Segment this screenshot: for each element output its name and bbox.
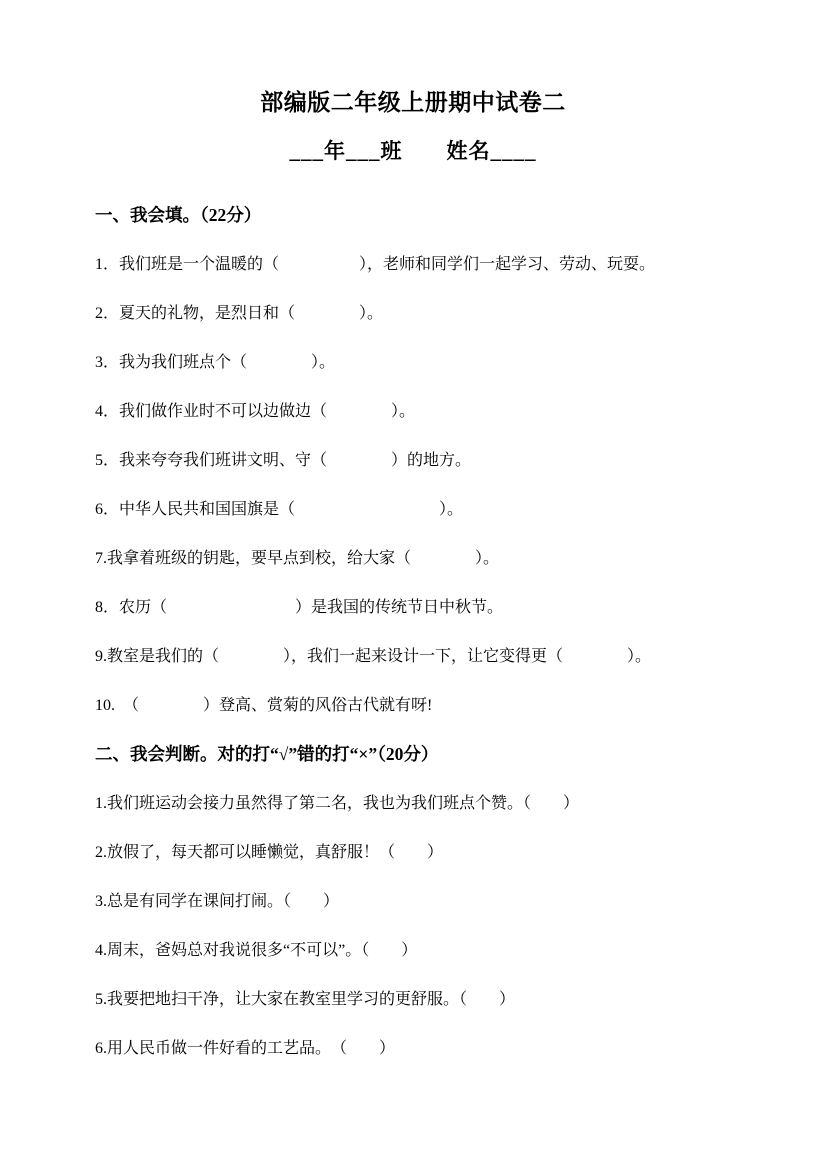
name-class-line: ___年___班 姓名____ [0, 139, 826, 164]
question-item: 3.总是有同学在课间打闹。（ ） [95, 891, 766, 913]
section-heading: 二、我会判断。对的打“√”错的打“×”（20分） [95, 743, 766, 766]
section-fill-in-blanks: 一、我会填。（22分） 1．我们班是一个温暖的（ ），老师和同学们一起学习、劳动… [95, 204, 766, 717]
question-item: 6．中华人民共和国国旗是（ ）。 [95, 499, 766, 521]
question-item: 7.我拿着班级的钥匙，要早点到校，给大家（ ）。 [95, 548, 766, 570]
question-item: 1．我们班是一个温暖的（ ），老师和同学们一起学习、劳动、玩耍。 [95, 254, 766, 276]
question-item: 9.教室是我们的（ ），我们一起来设计一下，让它变得更（ ）。 [95, 646, 766, 668]
question-item: 8．农历（ ）是我国的传统节日中秋节。 [95, 597, 766, 619]
question-item: 4．我们做作业时不可以边做边（ ）。 [95, 401, 766, 423]
question-item: 3．我为我们班点个（ ）。 [95, 352, 766, 374]
page-title: 部编版二年级上册期中试卷二 [0, 0, 826, 116]
question-item: 5．我来夸夸我们班讲文明、守（ ）的地方。 [95, 450, 766, 472]
section-true-false: 二、我会判断。对的打“√”错的打“×”（20分） 1.我们班运动会接力虽然得了第… [95, 743, 766, 1060]
question-item: 10. （ ）登高、赏菊的风俗古代就有呀! [95, 695, 766, 717]
question-item: 1.我们班运动会接力虽然得了第二名，我也为我们班点个赞。（ ） [95, 793, 766, 815]
question-item: 4.周末，爸妈总对我说很多“不可以”。（ ） [95, 940, 766, 962]
question-item: 2．夏天的礼物，是烈日和（ ）。 [95, 303, 766, 325]
question-item: 2.放假了，每天都可以睡懒觉，真舒服！（ ） [95, 842, 766, 864]
document-content: 一、我会填。（22分） 1．我们班是一个温暖的（ ），老师和同学们一起学习、劳动… [95, 204, 766, 1060]
section-heading: 一、我会填。（22分） [95, 204, 766, 227]
question-item: 6.用人民币做一件好看的工艺品。 （ ） [95, 1038, 766, 1060]
question-item: 5.我要把地扫干净，让大家在教室里学习的更舒服。（ ） [95, 989, 766, 1011]
document-page: 部编版二年级上册期中试卷二 ___年___班 姓名____ 一、我会填。（22分… [0, 0, 826, 1169]
